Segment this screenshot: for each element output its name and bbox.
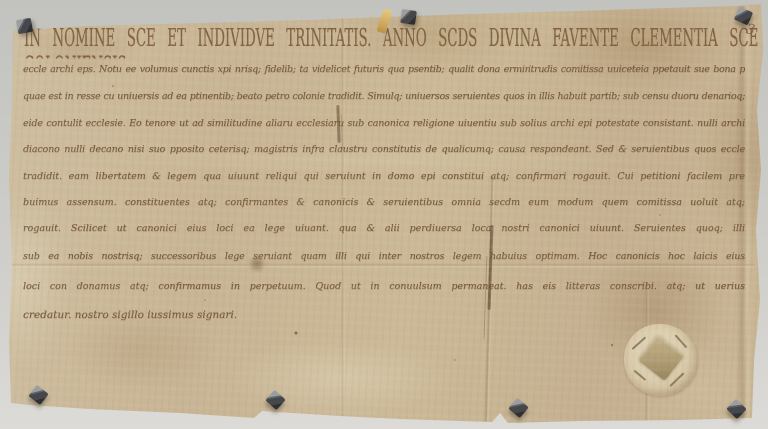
manuscript-text-line: credatur. nostro sigillo iussimus signar… — [23, 308, 443, 325]
fold-crease — [484, 175, 496, 425]
parchment-charter: IN NOMINE SCE ET INDIVIDVE TRINITATIS. A… — [0, 0, 768, 429]
manuscript-text-line: rogauit. Scilicet ut canonici eius loci … — [23, 221, 745, 238]
photo-stage: IN NOMINE SCE ET INDIVIDVE TRINITATIS. A… — [0, 0, 768, 429]
wax-seal — [624, 324, 698, 396]
push-pin — [400, 9, 417, 25]
manuscript-text-line: sub ea nobis nostrisq; successoribus leg… — [23, 249, 745, 266]
manuscript-text-line: loci con donamus atq; confirmamus in per… — [23, 279, 745, 296]
manuscript-text-line: eide contulit ecclesie. Eo tenore ut ad … — [23, 116, 745, 133]
manuscript-text-line: tradidit. eam libertatem & legem qua uiu… — [23, 169, 745, 186]
push-pin — [16, 18, 33, 34]
manuscript-text-line: quae est in resse cu uniuersis ad ea pti… — [23, 89, 745, 106]
manuscript-text-line: eccle archi eps. Notu ee volumus cunctis… — [23, 62, 745, 79]
manuscript-text-line: diacono nulli decano nisi suo pposito ce… — [23, 142, 745, 159]
manuscript-heading-line: IN NOMINE SCE ET INDIVIDVE TRINITATIS. A… — [24, 24, 758, 59]
manuscript-text-line: buimus assensum. constituentes atq; conf… — [23, 195, 745, 212]
